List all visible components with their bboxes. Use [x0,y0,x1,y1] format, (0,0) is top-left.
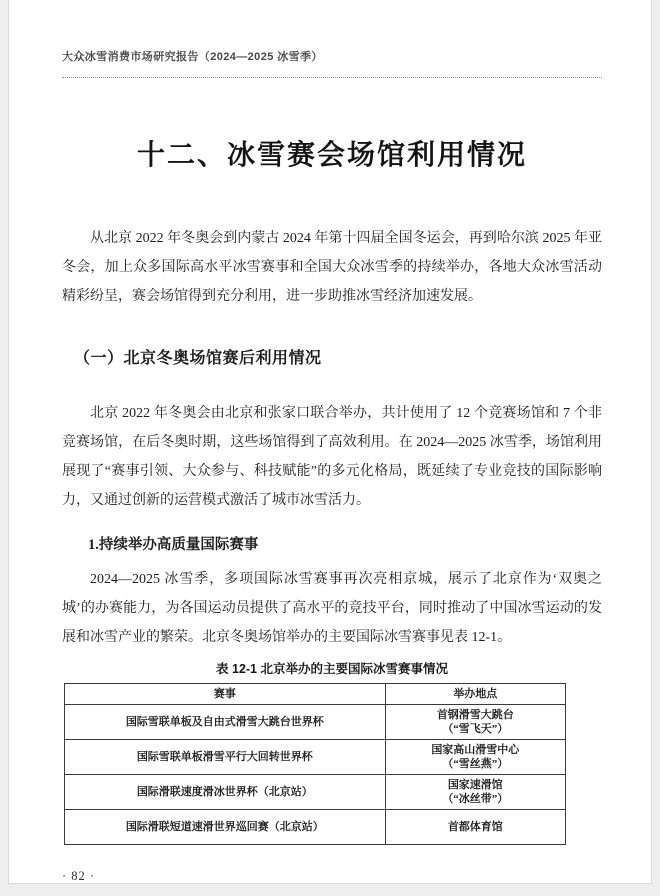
running-header: 大众冰雪消费市场研究报告（2024—2025 冰雪季） [62,0,602,78]
table-header-venue: 举办地点 [385,684,565,705]
event-cell: 国际滑联速度滑冰世界杯（北京站） [65,775,386,810]
table-row: 国际滑联速度滑冰世界杯（北京站） 国家速滑馆 （“冰丝带”） [65,775,566,810]
table-row: 国际雪联单板滑雪平行大回转世界杯 国家高山滑雪中心 （“雪丝燕”） [65,740,566,775]
venue-cell: 首钢滑雪大跳台 （“雪飞天”） [385,705,565,740]
page-content: 大众冰雪消费市场研究报告（2024—2025 冰雪季） 十二、冰雪赛会场馆利用情… [62,0,602,883]
venue-alias: （“雪丝燕”） [392,757,559,771]
chapter-title: 十二、冰雪赛会场馆利用情况 [62,138,602,174]
table-header-row: 赛事 举办地点 [65,684,566,705]
venue-cell: 首都体育馆 [385,810,565,845]
venue-name: 首都体育馆 [392,820,559,834]
venue-cell: 国家速滑馆 （“冰丝带”） [385,775,565,810]
page-sheet: 大众冰雪消费市场研究报告（2024—2025 冰雪季） 十二、冰雪赛会场馆利用情… [9,0,651,883]
page-number: · 82 · [62,869,602,884]
table-row: 国际滑联短道速滑世界巡回赛（北京站） 首都体育馆 [65,810,566,845]
event-cell: 国际雪联单板滑雪平行大回转世界杯 [65,740,386,775]
running-header-title: 大众冰雪消费市场研究报告（2024—2025 冰雪季） [62,51,323,63]
section-one-heading: （一）北京冬奥场馆赛后利用情况 [62,347,602,371]
venue-alias: （“冰丝带”） [392,792,559,806]
subsection-one-paragraph: 2024—2025 冰雪季，多项国际冰雪赛事再次亮相京城，展示了北京作为‘双奥之… [62,565,602,652]
venue-name: 国家速滑馆 [392,778,559,792]
subsection-one-heading: 1.持续举办高质量国际赛事 [62,533,602,557]
venue-name: 国家高山滑雪中心 [392,743,559,757]
events-table: 赛事 举办地点 国际雪联单板及自由式滑雪大跳台世界杯 首钢滑雪大跳台 （“雪飞天… [64,683,566,845]
venue-cell: 国家高山滑雪中心 （“雪丝燕”） [385,740,565,775]
table-row: 国际雪联单板及自由式滑雪大跳台世界杯 首钢滑雪大跳台 （“雪飞天”） [65,705,566,740]
event-cell: 国际滑联短道速滑世界巡回赛（北京站） [65,810,386,845]
event-cell: 国际雪联单板及自由式滑雪大跳台世界杯 [65,705,386,740]
table-caption: 表 12-1 北京举办的主要国际冰雪赛事情况 [62,660,602,678]
section-one-paragraph: 北京 2022 年冬奥会由北京和张家口联合举办，共计使用了 12 个竞赛场馆和 … [62,399,602,515]
table-header-event: 赛事 [65,684,386,705]
venue-alias: （“雪飞天”） [392,722,559,736]
venue-name: 首钢滑雪大跳台 [392,708,559,722]
intro-paragraph: 从北京 2022 年冬奥会到内蒙古 2024 年第十四届全国冬运会，再到哈尔滨 … [62,224,602,311]
